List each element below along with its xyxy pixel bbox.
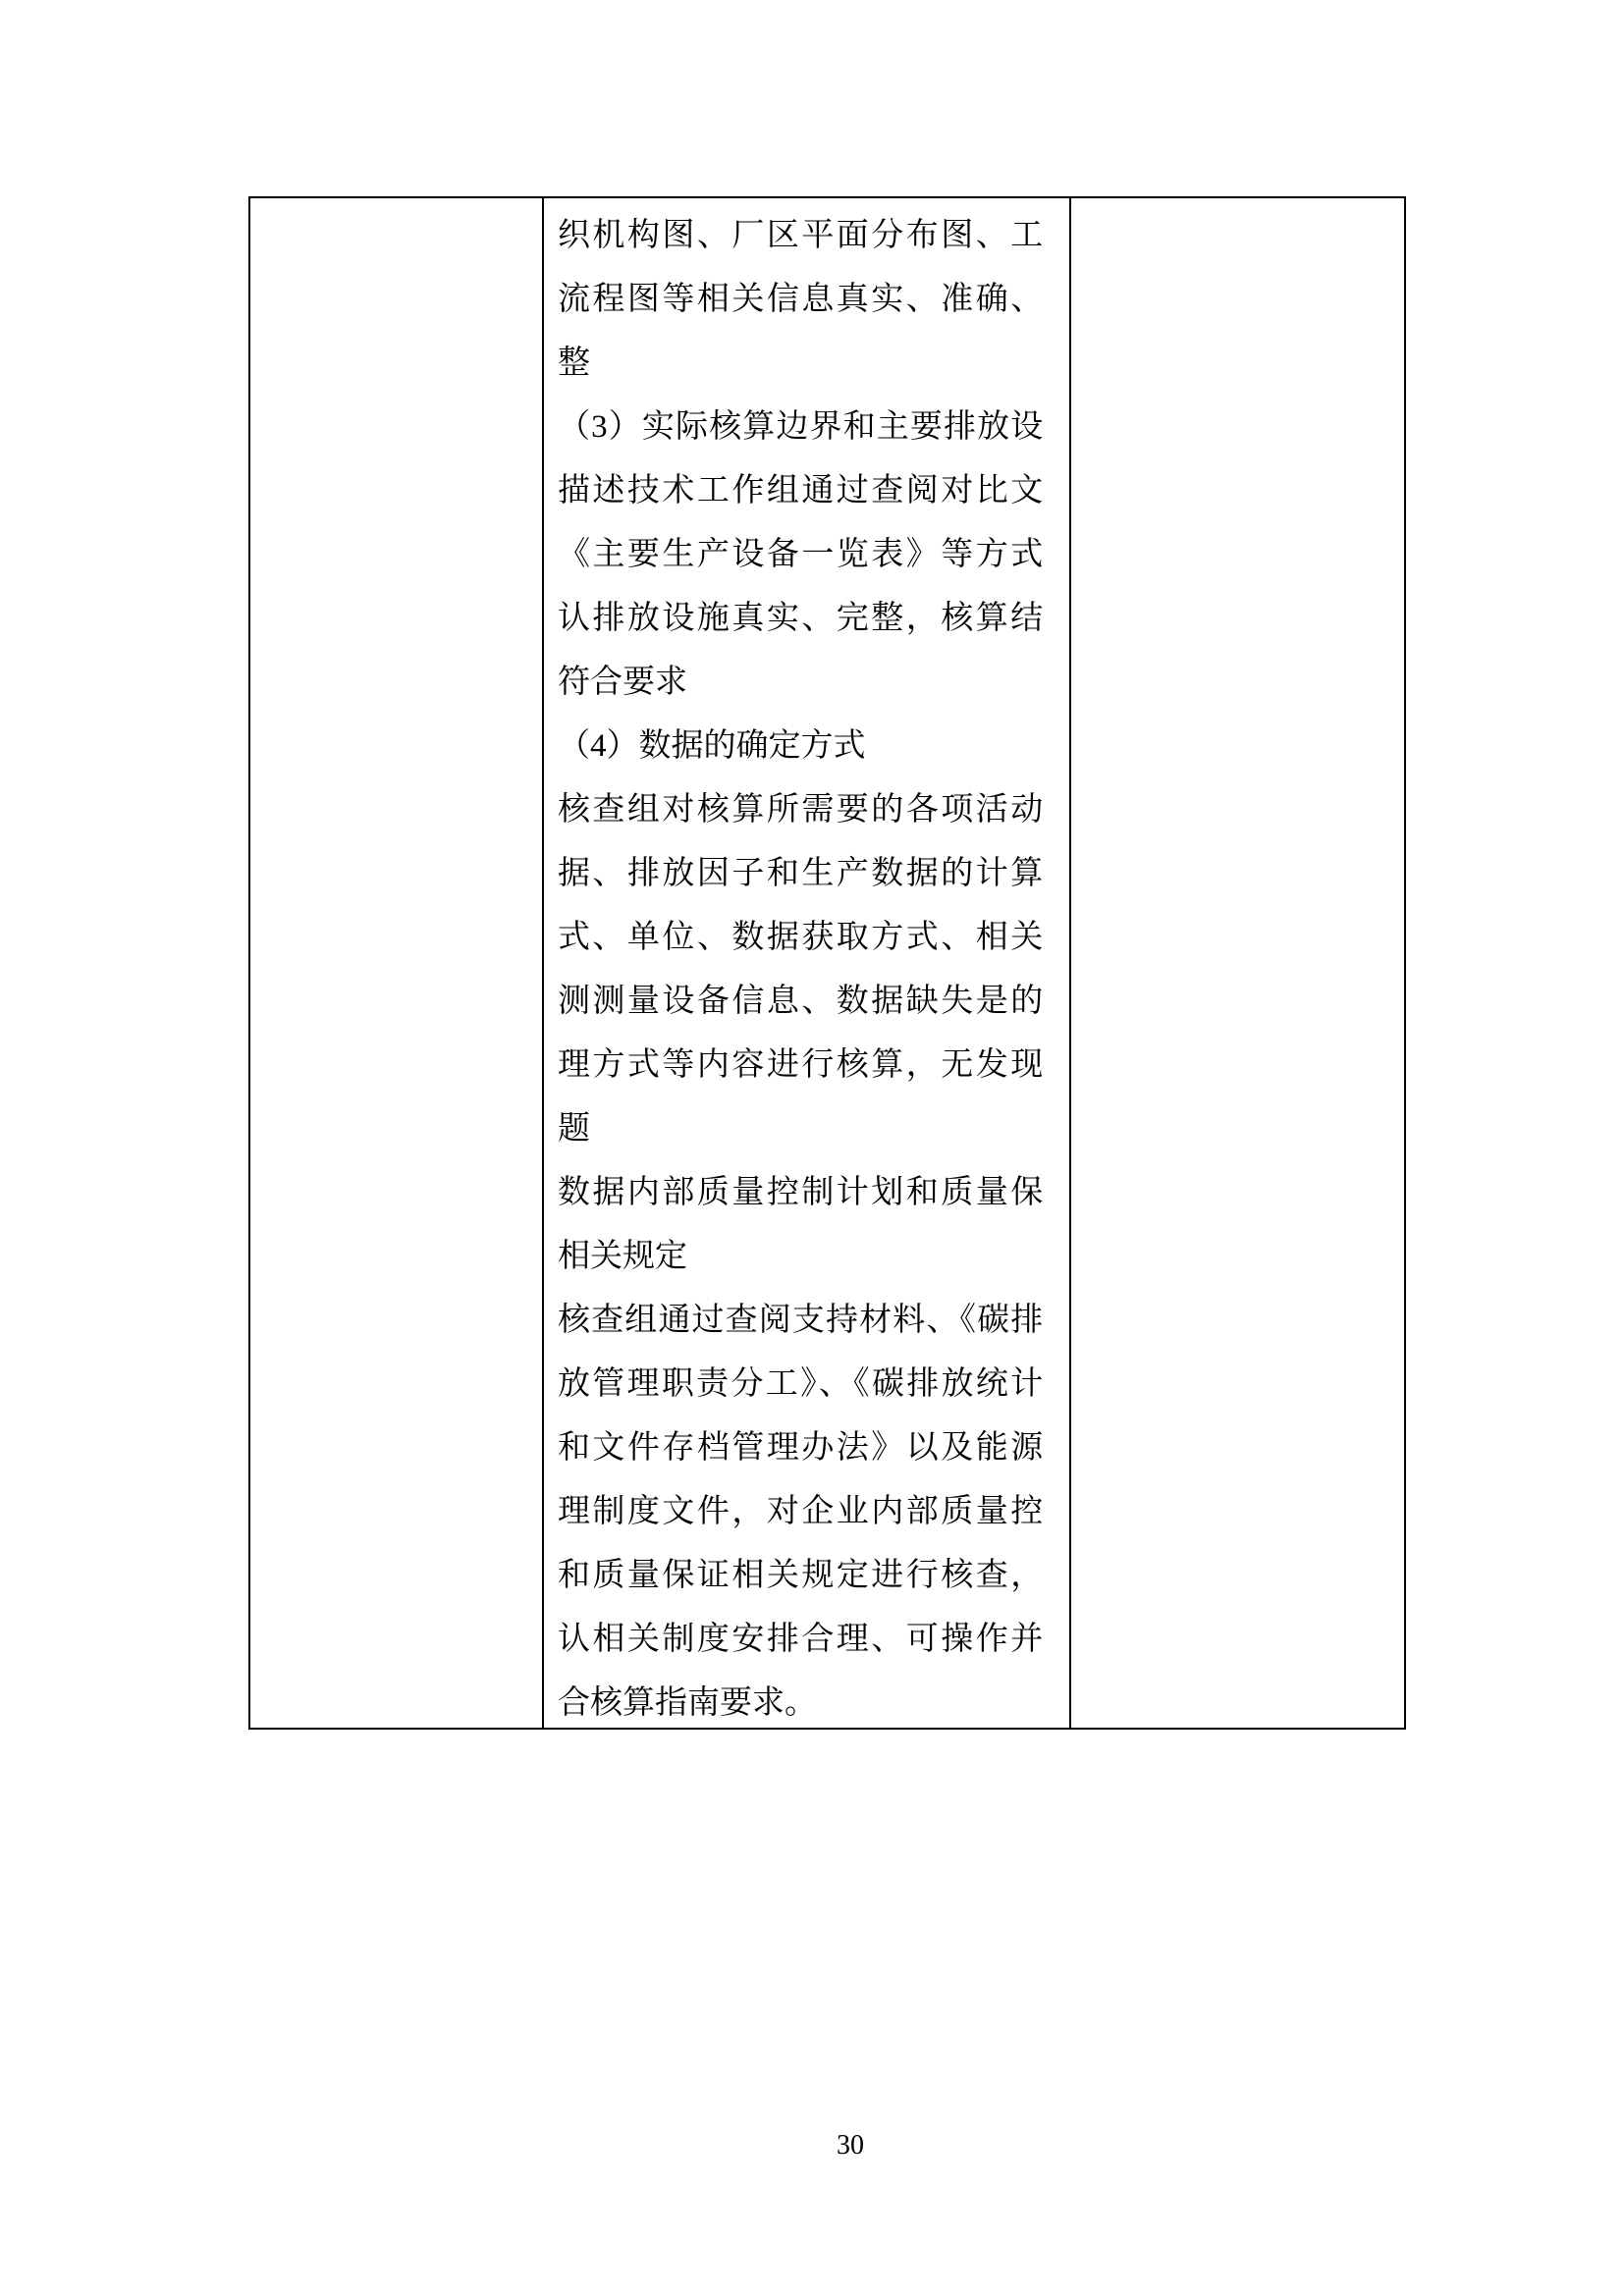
- text-line: 题: [558, 1097, 1043, 1161]
- table-cell-right: [1071, 198, 1404, 1728]
- text-line: 整: [558, 332, 1043, 396]
- text-line: 描述技术工作组通过查阅对比文件: [558, 459, 1043, 523]
- text-line: 和文件存档管理办法》以及能源管: [558, 1416, 1043, 1480]
- text-line: 相关规定: [558, 1225, 1043, 1289]
- text-line: 织机构图、厂区平面分布图、工艺: [558, 204, 1043, 268]
- text-line: 测测量设备信息、数据缺失是的处: [558, 970, 1043, 1034]
- text-line: 认相关制度安排合理、可操作并符: [558, 1608, 1043, 1672]
- text-line: 据、排放因子和生产数据的计算方: [558, 842, 1043, 906]
- document-page: 织机构图、厂区平面分布图、工艺流程图等相关信息真实、准确、完整（3）实际核算边界…: [0, 0, 1624, 2296]
- text-line: （4）数据的确定方式: [558, 715, 1043, 778]
- text-line: 流程图等相关信息真实、准确、完: [558, 268, 1043, 332]
- text-line: 合核算指南要求。: [558, 1672, 1043, 1728]
- text-line: 放管理职责分工》、《碳排放统计: [558, 1353, 1043, 1416]
- table-cell-content: 织机构图、厂区平面分布图、工艺流程图等相关信息真实、准确、完整（3）实际核算边界…: [544, 198, 1071, 1728]
- text-line: 核查组对核算所需要的各项活动数: [558, 778, 1043, 842]
- text-line: 式、单位、数据获取方式、相关监: [558, 906, 1043, 970]
- text-line: 和质量保证相关规定进行核查，确: [558, 1544, 1043, 1608]
- text-line: 核查组通过查阅支持材料、《碳排: [558, 1289, 1043, 1353]
- text-line: （3）实际核算边界和主要排放设施: [558, 396, 1043, 459]
- text-line: 数据内部质量控制计划和质量保证: [558, 1161, 1043, 1225]
- text-line: 《主要生产设备一览表》等方式确: [558, 523, 1043, 587]
- review-table: 织机构图、厂区平面分布图、工艺流程图等相关信息真实、准确、完整（3）实际核算边界…: [248, 196, 1406, 1730]
- text-line: 理制度文件，对企业内部质量控制: [558, 1480, 1043, 1544]
- page-number: 30: [837, 2130, 864, 2162]
- text-line: 理方式等内容进行核算，无发现问: [558, 1034, 1043, 1097]
- text-line: 符合要求: [558, 651, 1043, 715]
- table-cell-left: [250, 198, 544, 1728]
- text-line: 认排放设施真实、完整，核算结果: [558, 587, 1043, 651]
